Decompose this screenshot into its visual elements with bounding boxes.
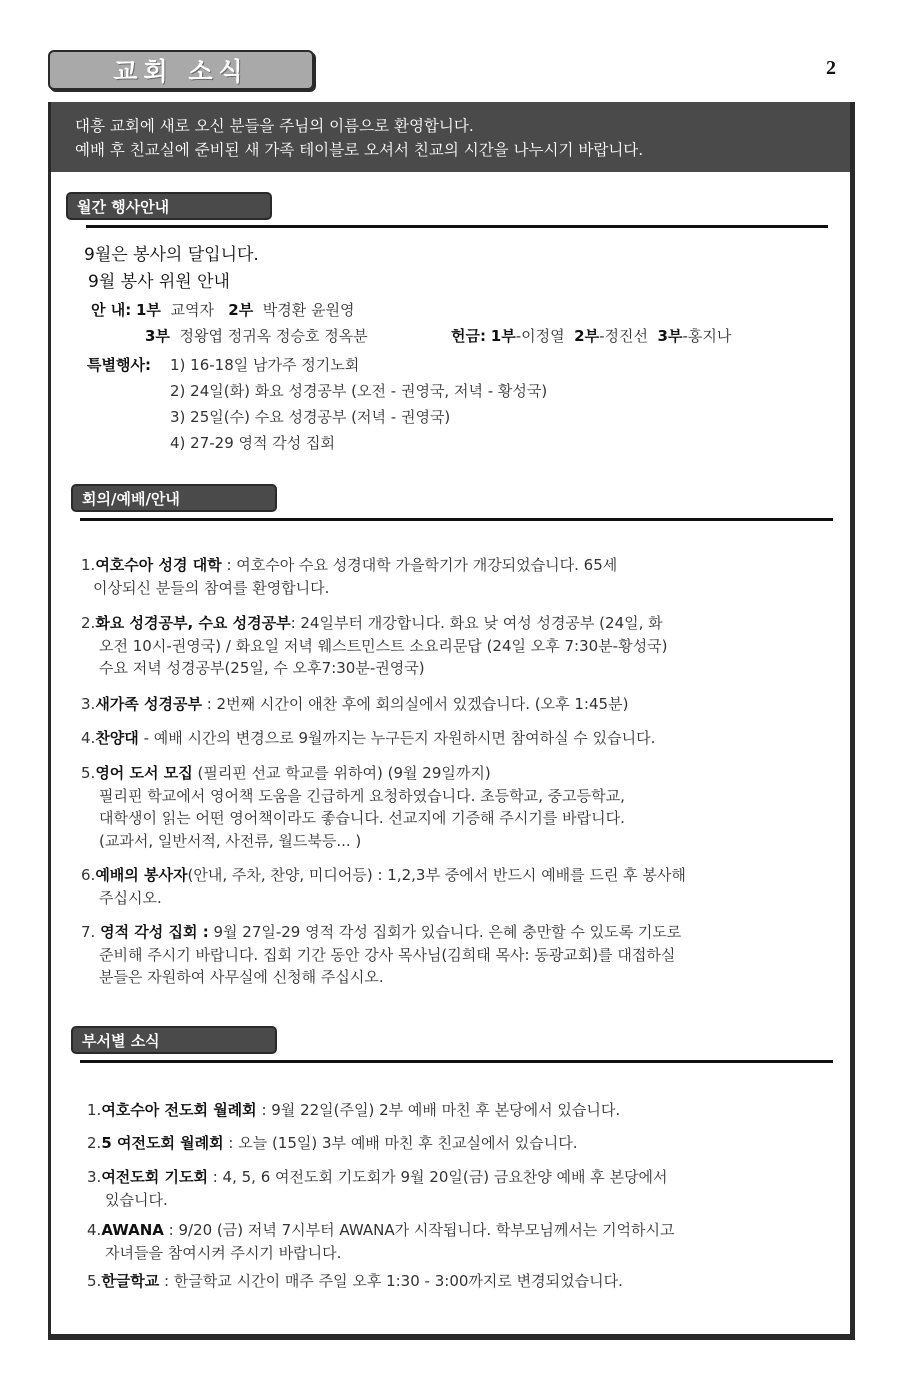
usher-names: 정왕엽 정귀옥 정승호 정옥분 [179, 327, 367, 345]
offering-label: 헌금: [451, 327, 486, 345]
page-title-box: 교회 소식 [48, 50, 314, 90]
list-item: 2.5 여전도회 월례회 : 오늘 (15일) 3부 예배 마친 후 친교실에서… [87, 1132, 578, 1155]
special-event: 4) 27-29 영적 각성 집회 [170, 432, 335, 454]
section-divider [80, 518, 833, 521]
list-item: 1.여호수아 전도회 월례회 : 9월 22일(주일) 2부 예배 마친 후 본… [87, 1099, 620, 1122]
list-item: 2.화요 성경공부, 수요 성경공부: 24일부터 개강합니다. 화요 낮 여성… [81, 612, 667, 680]
list-item: 5.영어 도서 모집 (필리핀 선교 학교를 위하여) (9월 29일까지) 필… [81, 762, 625, 852]
content-frame: 대흥 교회에 새로 오신 분들을 주님의 이름으로 환영합니다. 예배 후 친교… [48, 102, 855, 1340]
service-label: 1부 [136, 301, 161, 319]
monthly-subheadline: 9월 봉사 위원 안내 [88, 267, 230, 292]
section-heading-label: 월간 행사안내 [77, 196, 169, 217]
list-item: 4.찬양대 - 예배 시간의 변경으로 9월까지는 누구든지 자원하시면 참여하… [81, 727, 655, 750]
welcome-banner: 대흥 교회에 새로 오신 분들을 주님의 이름으로 환영합니다. 예배 후 친교… [51, 102, 850, 172]
section-divider [80, 1060, 833, 1063]
service-label: 2부 [228, 301, 253, 319]
offering-names: -홍지나 [682, 327, 731, 345]
monthly-headline: 9월은 봉사의 달입니다. [84, 240, 259, 265]
offering-names: -이정열 [516, 327, 565, 345]
welcome-line-2: 예배 후 친교실에 준비된 새 가족 테이블로 오셔서 친교의 시간을 나누시기… [75, 138, 850, 162]
service-label: 3부 [145, 327, 170, 345]
list-item: 3.새가족 성경공부 : 2번째 시간이 애찬 후에 회의실에서 있겠습니다. … [81, 693, 628, 716]
page-number: 2 [826, 57, 836, 80]
section-heading-label: 부서별 소식 [82, 1030, 160, 1051]
special-event: 3) 25일(수) 수요 성경공부 (저녁 - 권영국) [170, 406, 450, 428]
service-label: 1부 [491, 327, 516, 345]
service-label: 3부 [658, 327, 683, 345]
offering-names: -정진선 [599, 327, 648, 345]
section-divider [86, 225, 828, 228]
special-event: 1) 16-18일 남가주 정기노회 [170, 354, 359, 376]
list-item: 6.예배의 봉사자(안내, 주차, 찬양, 미디어등) : 1,2,3부 중에서… [81, 864, 686, 909]
section-heading-meetings: 회의/예배/안내 [71, 484, 277, 512]
service-label: 2부 [574, 327, 599, 345]
list-item: 7. 영적 각성 집회 : 9월 27일-29 영적 각성 집회가 있습니다. … [81, 921, 681, 989]
page-title: 교회 소식 [113, 52, 248, 88]
section-heading-monthly: 월간 행사안내 [66, 192, 272, 220]
list-item: 4.AWANA : 9/20 (금) 저녁 7시부터 AWANA가 시작됩니다.… [87, 1219, 675, 1264]
welcome-line-1: 대흥 교회에 새로 오신 분들을 주님의 이름으로 환영합니다. [75, 114, 850, 138]
special-events-label: 특별행사: [87, 354, 151, 376]
list-item: 5.한글학교 : 한글학교 시간이 매주 주일 오후 1:30 - 3:00까지… [87, 1270, 623, 1293]
offering-row: 헌금: 1부-이정열 2부-정진선 3부-홍지나 [451, 325, 731, 347]
section-heading-label: 회의/예배/안내 [82, 488, 180, 509]
ushers-label: 안 내: [91, 301, 131, 319]
section-heading-departments: 부서별 소식 [71, 1026, 277, 1054]
special-event: 2) 24일(화) 화요 성경공부 (오전 - 권영국, 저녁 - 황성국) [170, 380, 547, 402]
usher-names: 박경환 윤원영 [263, 301, 355, 319]
list-item: 3.여전도회 기도회 : 4, 5, 6 여전도회 기도회가 9월 20일(금)… [87, 1166, 668, 1211]
ushers-row-1: 안 내: 1부 교역자 2부 박경환 윤원영 [91, 299, 354, 321]
list-item: 1.여호수아 성경 대학 : 여호수아 수요 성경대학 가을학기가 개강되었습니… [81, 554, 617, 599]
ushers-row-2: 3부 정왕엽 정귀옥 정승호 정옥분 [145, 325, 368, 347]
usher-names: 교역자 [170, 301, 213, 319]
